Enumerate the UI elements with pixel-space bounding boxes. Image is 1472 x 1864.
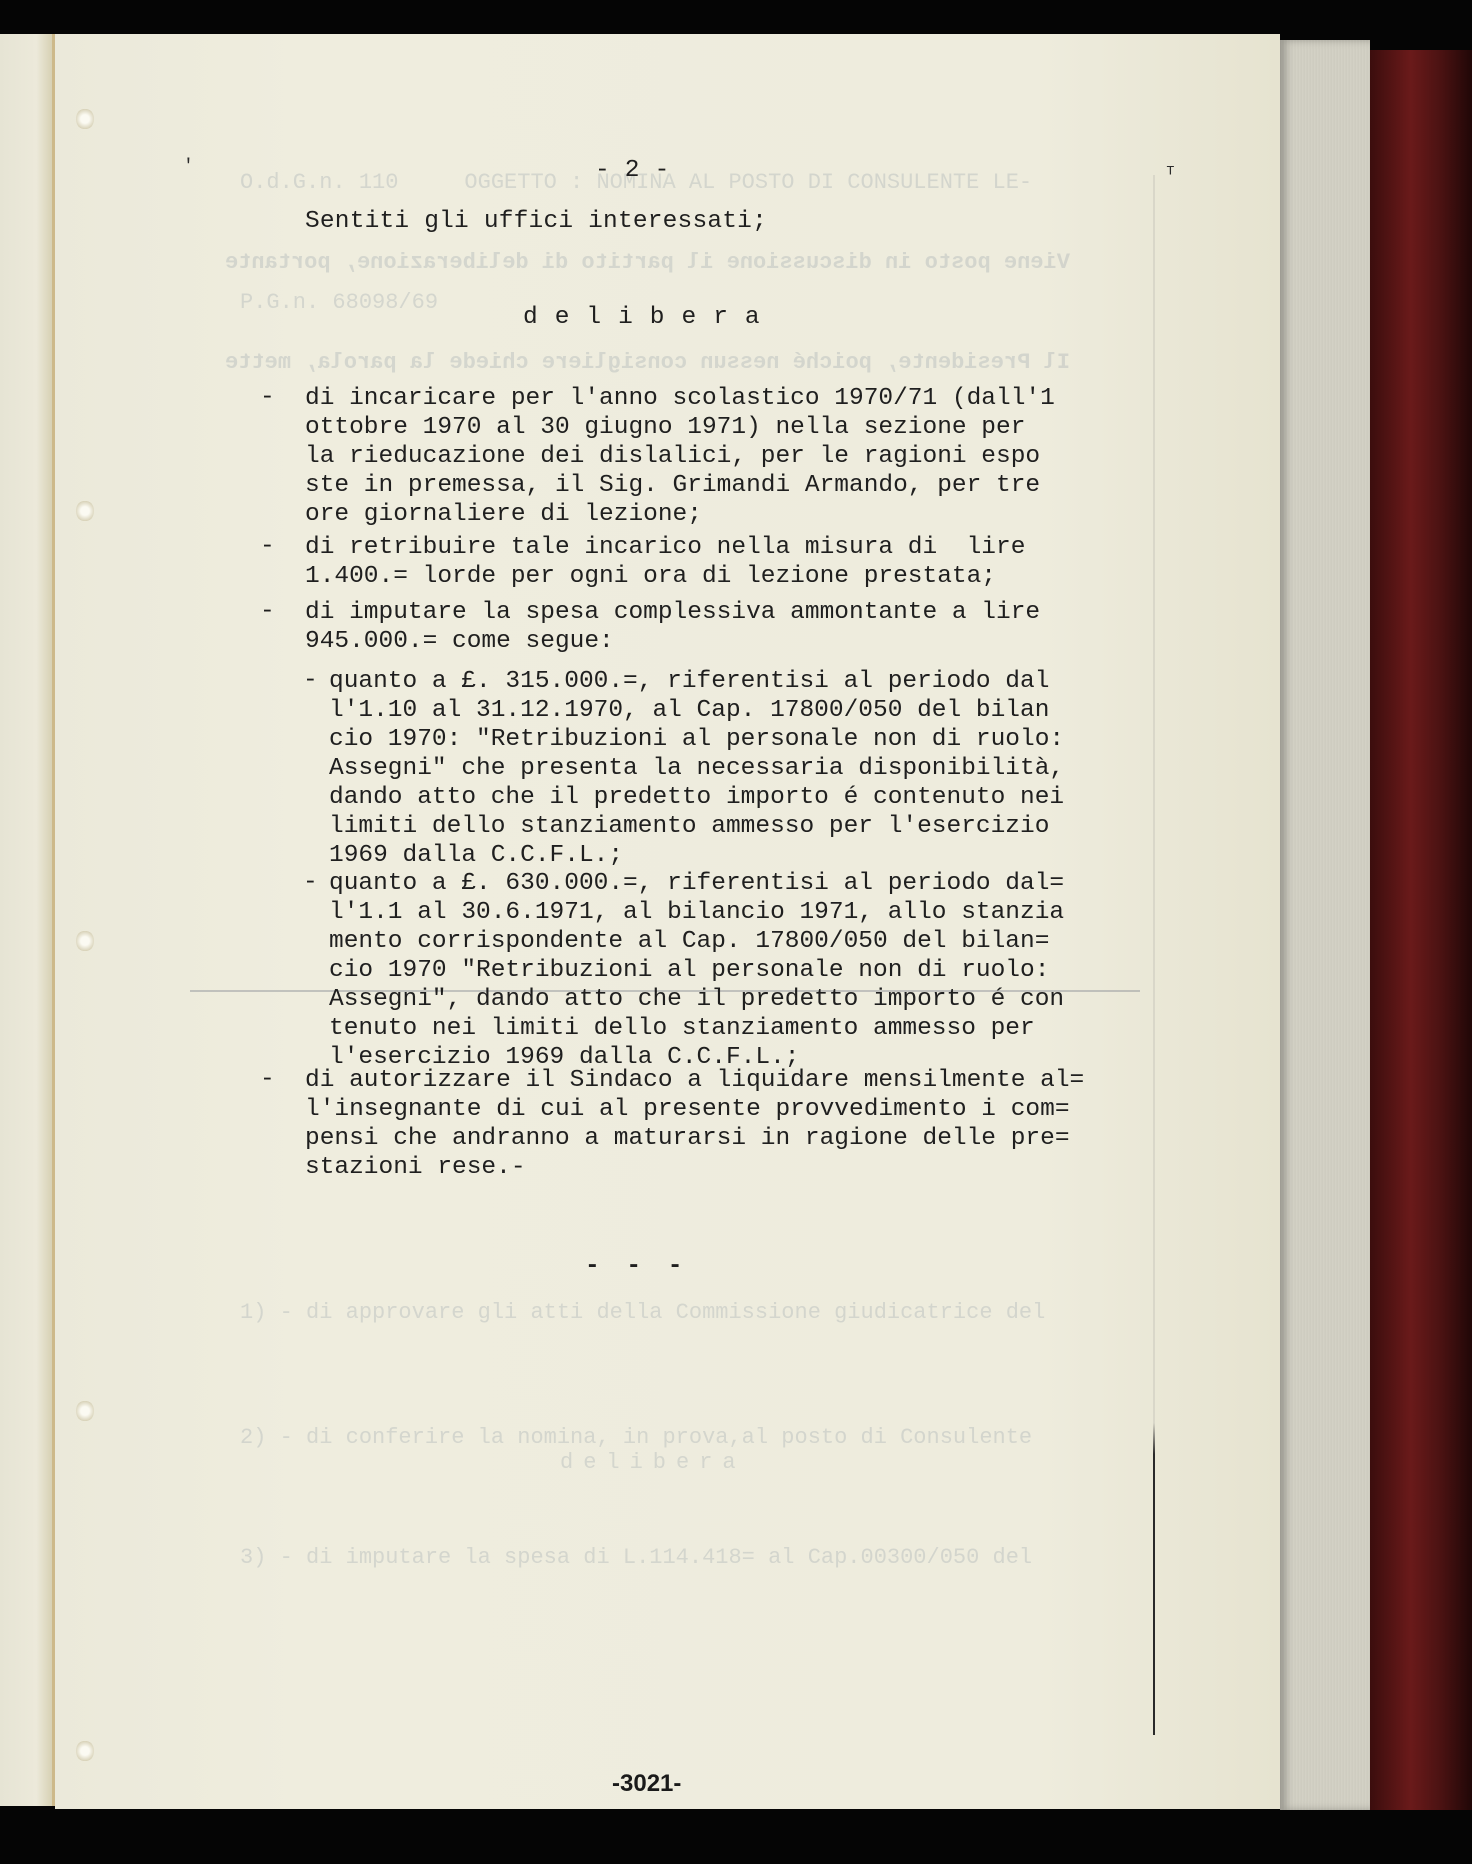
item-text: di imputare la spesa complessiva ammonta… bbox=[305, 598, 1040, 656]
sub-item-text: quanto a £. 315.000.=, riferentisi al pe… bbox=[329, 667, 1064, 870]
book-binding bbox=[1370, 50, 1472, 1810]
page-number-header: - 2 - bbox=[595, 157, 670, 184]
item-text: di incaricare per l'anno scolastico 1970… bbox=[305, 384, 1055, 529]
binding-hole bbox=[76, 1400, 94, 1422]
item-text: di autorizzare il Sindaco a liquidare me… bbox=[305, 1066, 1084, 1182]
binding-hole bbox=[76, 1740, 94, 1762]
end-marks: - - - bbox=[585, 1253, 689, 1280]
bullet-dash: - bbox=[303, 667, 318, 694]
binding-hole bbox=[76, 930, 94, 952]
margin-mark: ' bbox=[183, 157, 194, 177]
delibera-heading: delibera bbox=[523, 304, 777, 331]
margin-mark: ᵀ bbox=[1165, 165, 1176, 185]
bullet-dash: - bbox=[260, 533, 275, 560]
intro-line: Sentiti gli uffici interessati; bbox=[305, 208, 767, 235]
bullet-dash: - bbox=[260, 1066, 275, 1093]
item-text: di retribuire tale incarico nella misura… bbox=[305, 533, 1025, 591]
sub-item-text: quanto a £. 630.000.=, riferentisi al pe… bbox=[329, 869, 1064, 1072]
bullet-dash: - bbox=[260, 384, 275, 411]
previous-page-edge bbox=[0, 34, 55, 1806]
binding-hole bbox=[76, 500, 94, 522]
footer-page-number: -3021- bbox=[612, 1770, 681, 1798]
bullet-dash: - bbox=[260, 598, 275, 625]
binding-hole bbox=[76, 108, 94, 130]
page-stack-edge bbox=[1280, 40, 1370, 1810]
margin-line bbox=[1153, 175, 1155, 1735]
bullet-dash: - bbox=[303, 869, 318, 896]
